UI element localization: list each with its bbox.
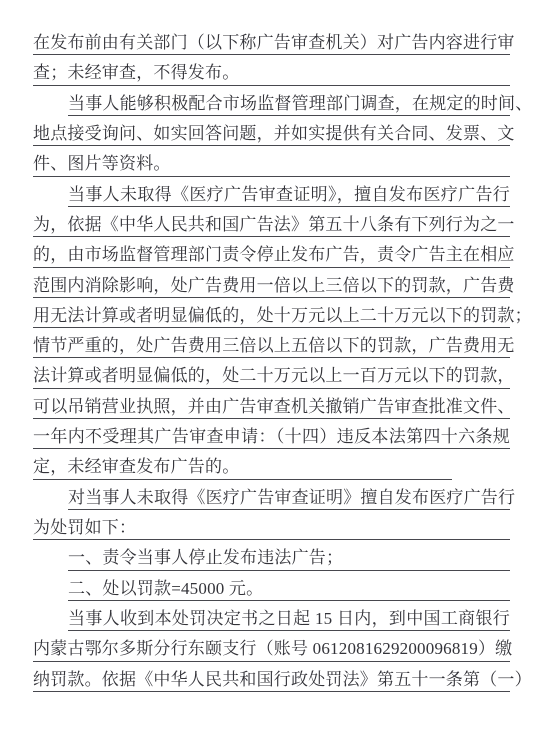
text-line: 为，依据《中华人民共和国广告法》第五十八条有下列行为之一 bbox=[33, 210, 510, 240]
text-line: 对当事人未取得《医疗广告审查证明》擅自发布医疗广告行 bbox=[33, 483, 510, 513]
text-line: 定，未经审查发布广告的。 bbox=[33, 452, 510, 482]
text-line: 地点接受询问、如实回答问题，并如实提供有关合同、发票、文 bbox=[33, 119, 510, 149]
text-line: 一、责令当事人停止发布违法广告； bbox=[33, 543, 510, 573]
text-line: 一年内不受理其广告审查申请：（十四）违反本法第四十六条规 bbox=[33, 422, 510, 452]
text-line: 当事人能够积极配合市场监督管理部门调查，在规定的时间、 bbox=[33, 89, 510, 119]
text-line: 二、处以罚款=45000 元。 bbox=[33, 574, 510, 604]
document-page: 在发布前由有关部门（以下称广告审查机关）对广告内容进行审 查；未经审查，不得发布… bbox=[0, 0, 552, 735]
text-line: 纳罚款。依据《中华人民共和国行政处罚法》第五十一条第（一） bbox=[33, 665, 510, 695]
text-line: 情节严重的，处广告费用三倍以上五倍以下的罚款，广告费用无 bbox=[33, 331, 510, 361]
text-line: 为处罚如下： bbox=[33, 513, 510, 543]
text-line: 可以吊销营业执照，并由广告审查机关撤销广告审查批准文件、 bbox=[33, 392, 510, 422]
text-line: 当事人收到本处罚决定书之日起 15 日内，到中国工商银行 bbox=[33, 604, 510, 634]
text-line: 当事人未取得《医疗广告审查证明》，擅自发布医疗广告行 bbox=[33, 180, 510, 210]
text-line: 范围内消除影响，处广告费用一倍以上三倍以下的罚款，广告费 bbox=[33, 271, 510, 301]
text-line: 法计算或者明显偏低的，处二十万元以上一百万元以下的罚款， bbox=[33, 361, 510, 391]
text-line: 在发布前由有关部门（以下称广告审查机关）对广告内容进行审 bbox=[33, 28, 510, 58]
text-line: 用无法计算或者明显偏低的，处十万元以上二十万元以下的罚款； bbox=[33, 301, 510, 331]
text-line: 的，由市场监督管理部门责令停止发布广告，责令广告主在相应 bbox=[33, 240, 510, 270]
text-line: 件、图片等资料。 bbox=[33, 149, 510, 179]
text-line: 查；未经审查，不得发布。 bbox=[33, 58, 510, 88]
text-line: 内蒙古鄂尔多斯分行东颐支行（账号 0612081629200096819）缴 bbox=[33, 634, 510, 664]
